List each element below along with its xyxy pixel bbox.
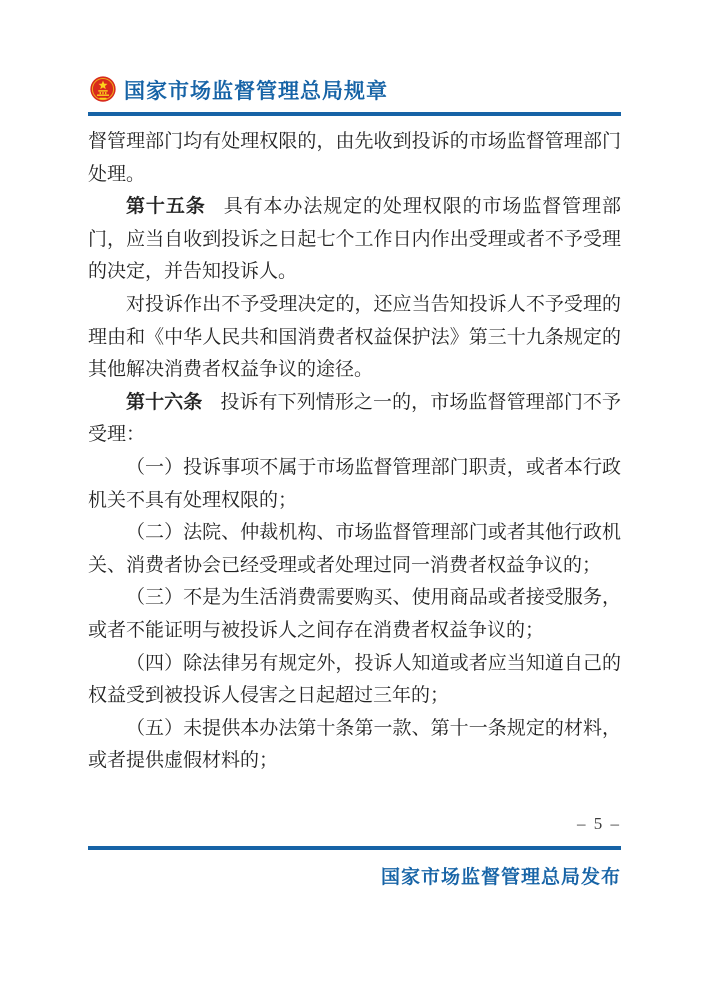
paragraph: 督管理部门均有处理权限的，由先收到投诉的市场监督管理部门处理。	[88, 126, 621, 191]
article-number: 第十五条	[126, 196, 206, 217]
paragraph: 对投诉作出不予受理决定的，还应当告知投诉人不予受理的理由和《中华人民共和国消费者…	[88, 289, 621, 387]
document-page: 国家市场监督管理总局规章 督管理部门均有处理权限的，由先收到投诉的市场监督管理部…	[0, 0, 706, 999]
document-header: 国家市场监督管理总局规章	[88, 74, 621, 106]
page-number: – 5 –	[88, 814, 621, 834]
paragraph: （四）除法律另有规定外，投诉人知道或者应当知道自己的权益受到被投诉人侵害之日起超…	[88, 648, 621, 713]
paragraph: （三）不是为生活消费需要购买、使用商品或者接受服务，或者不能证明与被投诉人之间存…	[88, 582, 621, 647]
china-national-emblem-icon	[88, 74, 118, 106]
paragraph: （五）未提供本办法第十条第一款、第十一条规定的材料，或者提供虚假材料的；	[88, 713, 621, 778]
paragraph: （二）法院、仲裁机构、市场监督管理部门或者其他行政机关、消费者协会已经受理或者处…	[88, 517, 621, 582]
footer-divider-rule	[88, 846, 621, 850]
article-number: 第十六条	[126, 392, 202, 413]
header-divider-rule	[88, 112, 621, 116]
paragraph: 第十五条具有本办法规定的处理权限的市场监督管理部门，应当自收到投诉之日起七个工作…	[88, 191, 621, 289]
paragraph: （一）投诉事项不属于市场监督管理部门职责，或者本行政机关不具有处理权限的；	[88, 452, 621, 517]
publisher-line: 国家市场监督管理总局发布	[88, 862, 621, 889]
document-header-title: 国家市场监督管理总局规章	[124, 75, 388, 105]
document-body: 督管理部门均有处理权限的，由先收到投诉的市场监督管理部门处理。第十五条具有本办法…	[88, 126, 621, 778]
paragraph: 第十六条投诉有下列情形之一的，市场监督管理部门不予受理：	[88, 387, 621, 452]
